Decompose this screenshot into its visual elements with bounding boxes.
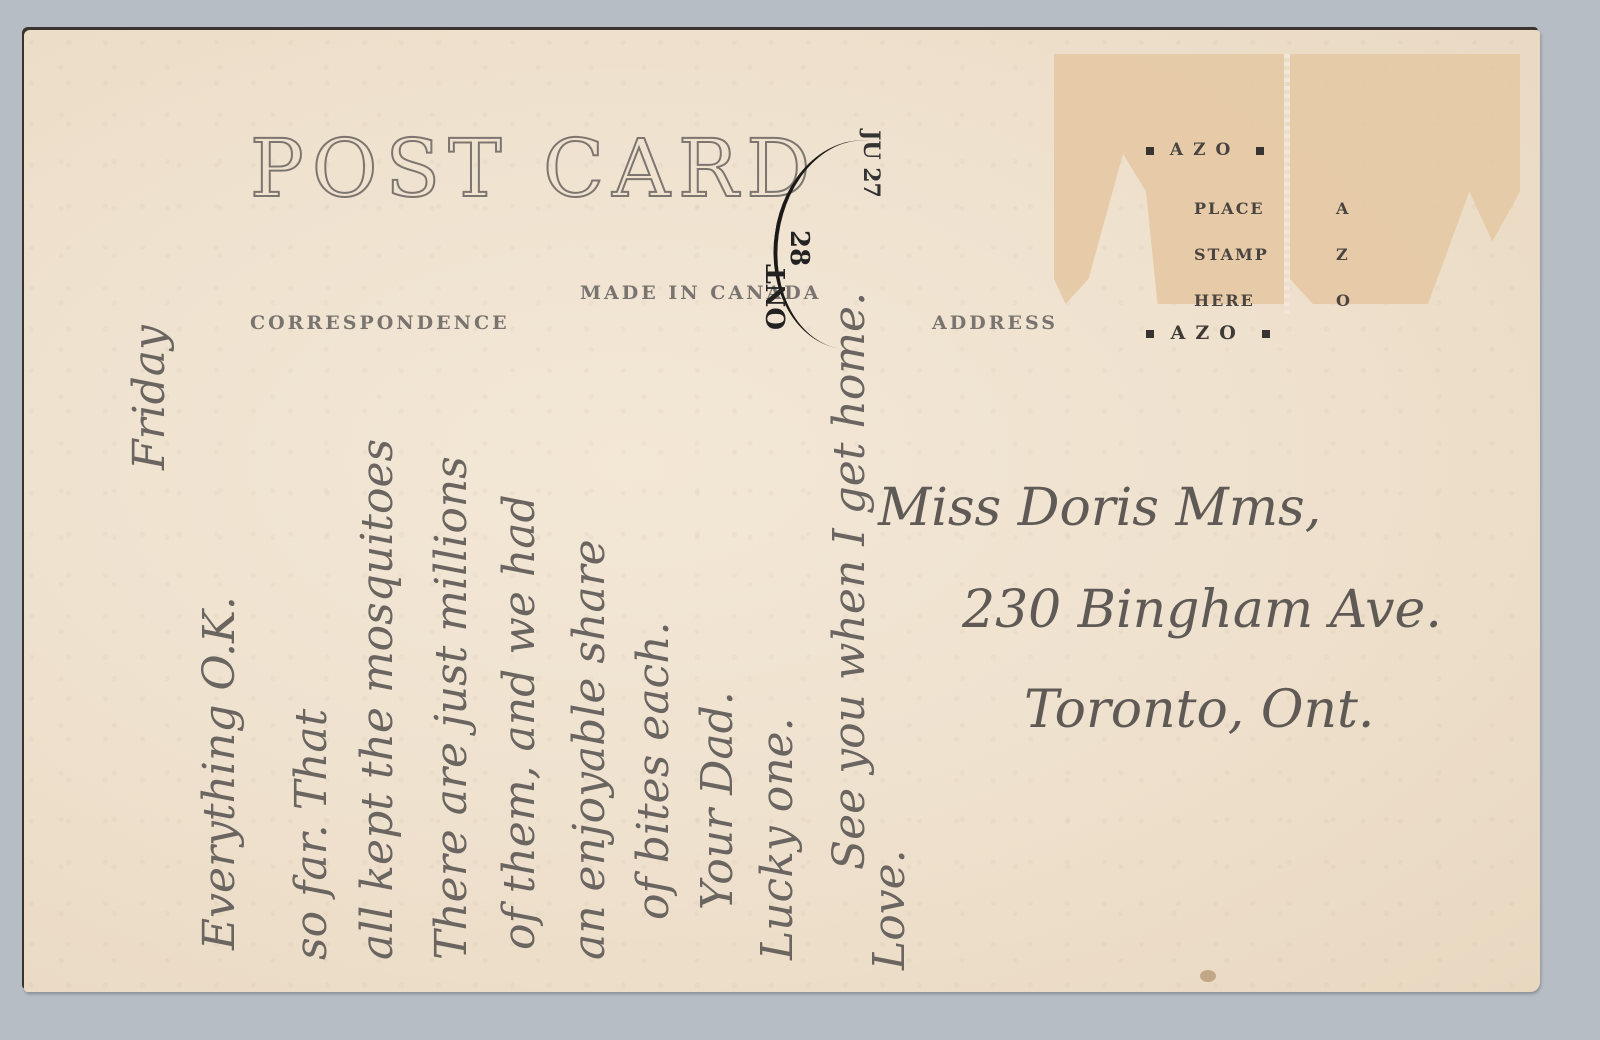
square-bullet-icon xyxy=(1146,147,1154,155)
stamp-box-brand-column: A Z O xyxy=(1336,186,1352,324)
message-line: all kept the mosquitoes xyxy=(352,439,403,960)
message-line: so far. That xyxy=(286,709,337,960)
stamp-box-top: AZO xyxy=(1146,140,1264,160)
message-line: Friday xyxy=(124,325,175,470)
postcard-back: POST CARD MADE IN CANADA CORRESPONDENCE … xyxy=(24,30,1540,992)
stamp-remnant xyxy=(1290,54,1520,304)
correspondence-label: CORRESPONDENCE xyxy=(250,312,510,334)
message-line: of bites each. xyxy=(628,621,679,920)
address-label: ADDRESS xyxy=(932,312,1058,334)
message-line: Your Dad. xyxy=(692,691,743,910)
message-line: of them, and we had xyxy=(494,494,545,950)
postmark-date: JU 27 xyxy=(858,130,884,198)
recipient-city: Toronto, Ont. xyxy=(1024,680,1374,740)
message-line: There are just millions xyxy=(426,456,477,960)
message-line: an enjoyable share xyxy=(564,539,615,960)
postmark-province: ONT xyxy=(762,264,792,330)
message-line: See you when I get home. xyxy=(824,292,875,870)
recipient-street: 230 Bingham Ave. xyxy=(962,580,1442,640)
square-bullet-icon xyxy=(1256,147,1264,155)
stamp-perforation xyxy=(1284,54,1290,314)
square-bullet-icon xyxy=(1262,330,1270,338)
paper-stain xyxy=(1200,970,1216,982)
stamp-box-bottom: AZO xyxy=(1146,322,1270,344)
stamp-box-instructions: PLACE STAMP HERE xyxy=(1194,186,1269,324)
message-line: Lucky one. xyxy=(752,717,803,960)
postmark-year: 28 xyxy=(784,230,814,266)
recipient-name: Miss Doris Mms, xyxy=(878,478,1321,538)
square-bullet-icon xyxy=(1146,330,1154,338)
stamp-box: AZO PLACE STAMP HERE A Z O AZO xyxy=(1054,40,1524,340)
message-line: Love. xyxy=(864,849,915,970)
message-line: Everything O.K. xyxy=(194,596,245,950)
